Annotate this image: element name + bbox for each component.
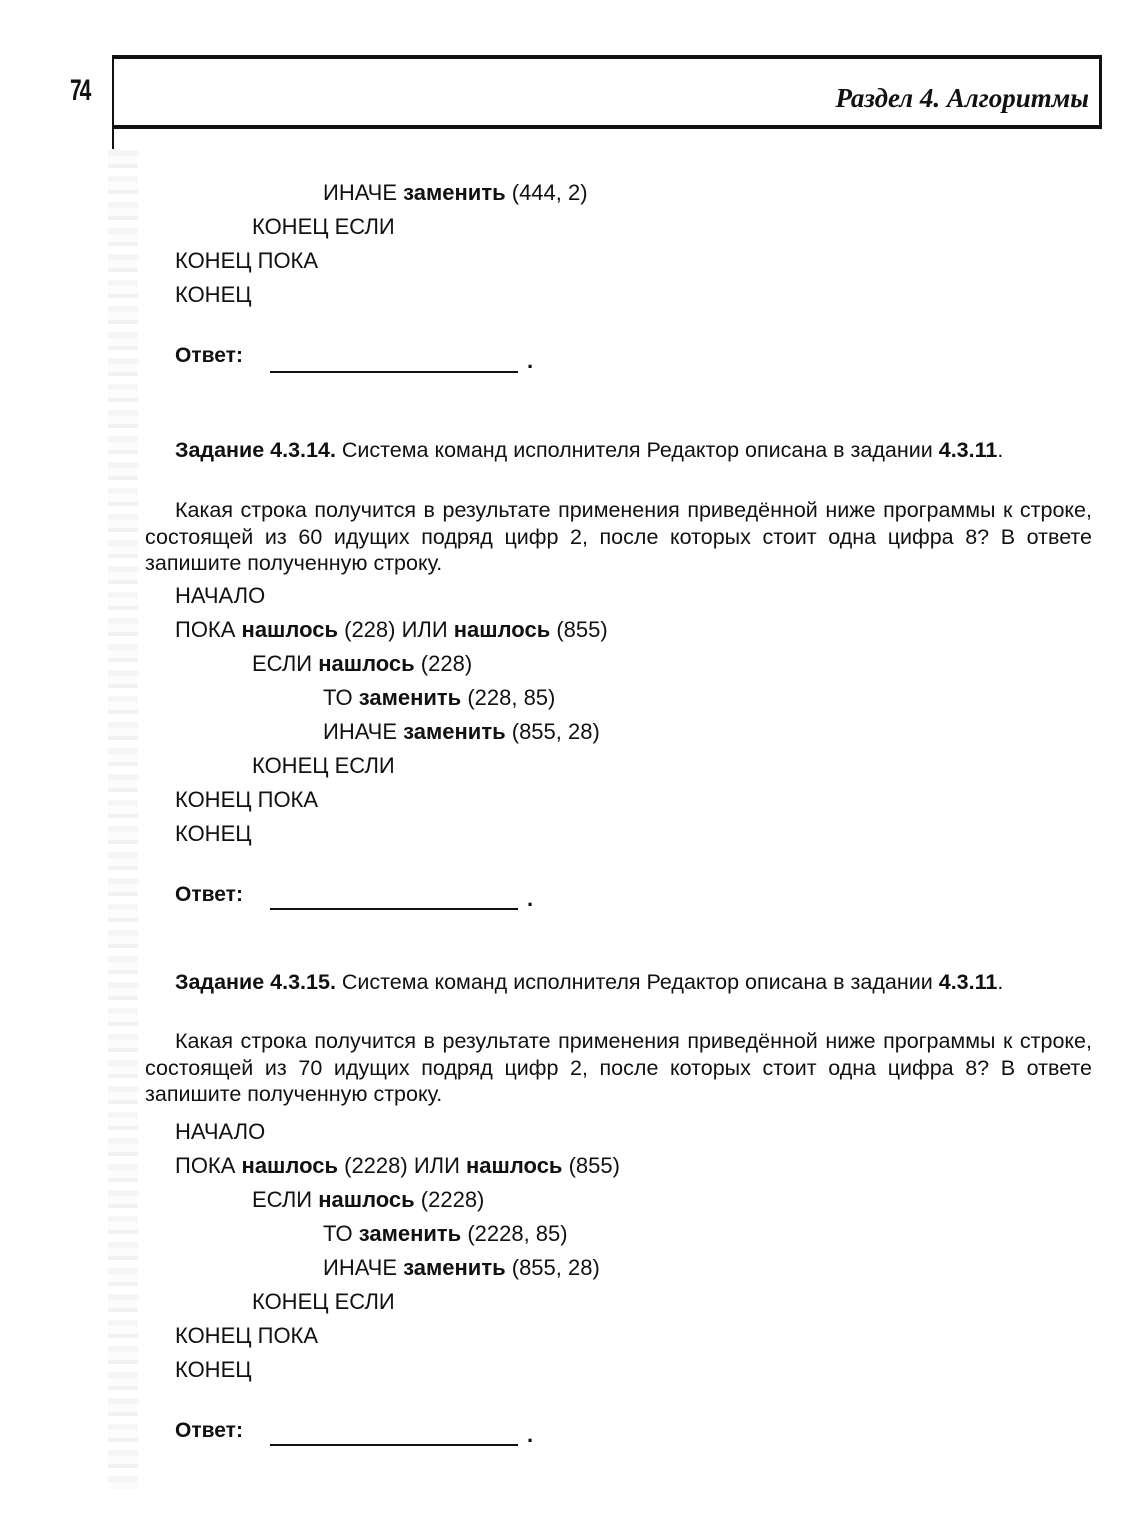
program-text: НАЧАЛО xyxy=(175,1119,265,1144)
program-text: ИНАЧЕ xyxy=(323,1255,403,1280)
task-4-3-14-header: Задание 4.3.14. Система команд исполните… xyxy=(145,437,1092,464)
program-text: (855) xyxy=(562,1153,619,1178)
program-text: КОНЕЦ xyxy=(175,282,252,307)
task-ref: 4.3.11 xyxy=(939,438,998,462)
task-4-3-15-header: Задание 4.3.15. Система команд исполните… xyxy=(145,969,1092,996)
program-text: ИНАЧЕ xyxy=(323,180,403,205)
program-keyword: нашлось xyxy=(318,1187,414,1212)
program-line: ТО заменить (2228, 85) xyxy=(323,1221,568,1247)
answer-field-4-3-14[interactable] xyxy=(270,908,518,910)
program-text: ЕСЛИ xyxy=(252,651,318,676)
task-title: Задание 4.3.14. xyxy=(175,438,336,462)
answer-period: . xyxy=(527,348,533,374)
program-line: ТО заменить (228, 85) xyxy=(323,685,555,711)
program-text: ЕСЛИ xyxy=(252,1187,318,1212)
program-text: КОНЕЦ ПОКА xyxy=(175,787,318,812)
program-text: ПОКА xyxy=(175,617,242,642)
program-line: КОНЕЦ xyxy=(175,821,252,847)
answer-period: . xyxy=(527,1422,533,1448)
program-keyword: заменить xyxy=(403,1255,506,1280)
program-text: КОНЕЦ xyxy=(175,821,252,846)
program-line: НАЧАЛО xyxy=(175,583,265,609)
program-text: КОНЕЦ xyxy=(175,1357,252,1382)
answer-field-prev[interactable] xyxy=(270,371,518,373)
program-line: ЕСЛИ нашлось (2228) xyxy=(252,1187,484,1213)
answer-label-prev: Ответ: xyxy=(175,344,243,368)
program-text: (2228) xyxy=(415,1187,485,1212)
program-text: КОНЕЦ ПОКА xyxy=(175,1323,318,1348)
program-text: (228, 85) xyxy=(461,685,555,710)
program-line: КОНЕЦ xyxy=(175,282,252,308)
program-line: КОНЕЦ ПОКА xyxy=(175,787,318,813)
program-keyword: заменить xyxy=(403,180,506,205)
program-keyword: нашлось xyxy=(242,617,338,642)
task-intro: Система команд исполнителя Редактор опис… xyxy=(336,970,939,994)
section-title: Раздел 4. Алгоритмы xyxy=(835,83,1089,114)
answer-label-4-3-14: Ответ: xyxy=(175,883,243,907)
program-line: КОНЕЦ ЕСЛИ xyxy=(252,1289,395,1315)
program-line: КОНЕЦ ПОКА xyxy=(175,1323,318,1349)
program-text: (855, 28) xyxy=(506,1255,600,1280)
program-keyword: заменить xyxy=(359,685,462,710)
answer-period: . xyxy=(527,886,533,912)
program-text: (2228, 85) xyxy=(461,1221,567,1246)
program-line: ПОКА нашлось (228) ИЛИ нашлось (855) xyxy=(175,617,608,643)
program-text: (444, 2) xyxy=(506,180,588,205)
task-ref: 4.3.11 xyxy=(939,970,998,994)
program-line: НАЧАЛО xyxy=(175,1119,265,1145)
task-title: Задание 4.3.15. xyxy=(175,970,336,994)
task-4-3-15-question: Какая строка получится в результате прим… xyxy=(145,1028,1092,1108)
program-keyword: заменить xyxy=(403,719,506,744)
program-text: ТО xyxy=(323,1221,359,1246)
program-line: КОНЕЦ ЕСЛИ xyxy=(252,214,395,240)
program-text: ПОКА xyxy=(175,1153,242,1178)
program-text: КОНЕЦ ПОКА xyxy=(175,248,318,273)
task-question: Какая строка получится в результате прим… xyxy=(145,498,1092,575)
task-intro: Система команд исполнителя Редактор опис… xyxy=(336,438,939,462)
program-line: ПОКА нашлось (2228) ИЛИ нашлось (855) xyxy=(175,1153,620,1179)
program-text: КОНЕЦ ЕСЛИ xyxy=(252,214,395,239)
program-text: (855, 28) xyxy=(506,719,600,744)
program-line: КОНЕЦ xyxy=(175,1357,252,1383)
header-rule xyxy=(112,125,114,149)
program-text: (228) ИЛИ xyxy=(338,617,454,642)
program-text: (228) xyxy=(415,651,472,676)
program-keyword: заменить xyxy=(359,1221,462,1246)
program-keyword: нашлось xyxy=(242,1153,338,1178)
program-line: КОНЕЦ ЕСЛИ xyxy=(252,753,395,779)
program-line: ИНАЧЕ заменить (855, 28) xyxy=(323,1255,600,1281)
program-text: (855) xyxy=(550,617,607,642)
program-text: КОНЕЦ ЕСЛИ xyxy=(252,1289,395,1314)
program-line: ЕСЛИ нашлось (228) xyxy=(252,651,472,677)
scan-margin-artifact xyxy=(108,150,138,1490)
running-header: Раздел 4. Алгоритмы xyxy=(112,55,1102,129)
program-text: (2228) ИЛИ xyxy=(338,1153,466,1178)
program-text: ТО xyxy=(323,685,359,710)
task-question: Какая строка получится в результате прим… xyxy=(145,1029,1092,1106)
program-keyword: нашлось xyxy=(466,1153,562,1178)
program-text: ИНАЧЕ xyxy=(323,719,403,744)
program-text: НАЧАЛО xyxy=(175,583,265,608)
program-keyword: нашлось xyxy=(318,651,414,676)
program-line: КОНЕЦ ПОКА xyxy=(175,248,318,274)
page-number: 74 xyxy=(70,74,89,108)
program-text: КОНЕЦ ЕСЛИ xyxy=(252,753,395,778)
answer-label-4-3-15: Ответ: xyxy=(175,1419,243,1443)
program-line: ИНАЧЕ заменить (855, 28) xyxy=(323,719,600,745)
program-keyword: нашлось xyxy=(454,617,550,642)
program-line: ИНАЧЕ заменить (444, 2) xyxy=(323,180,588,206)
task-4-3-14-question: Какая строка получится в результате прим… xyxy=(145,497,1092,577)
answer-field-4-3-15[interactable] xyxy=(270,1444,518,1446)
